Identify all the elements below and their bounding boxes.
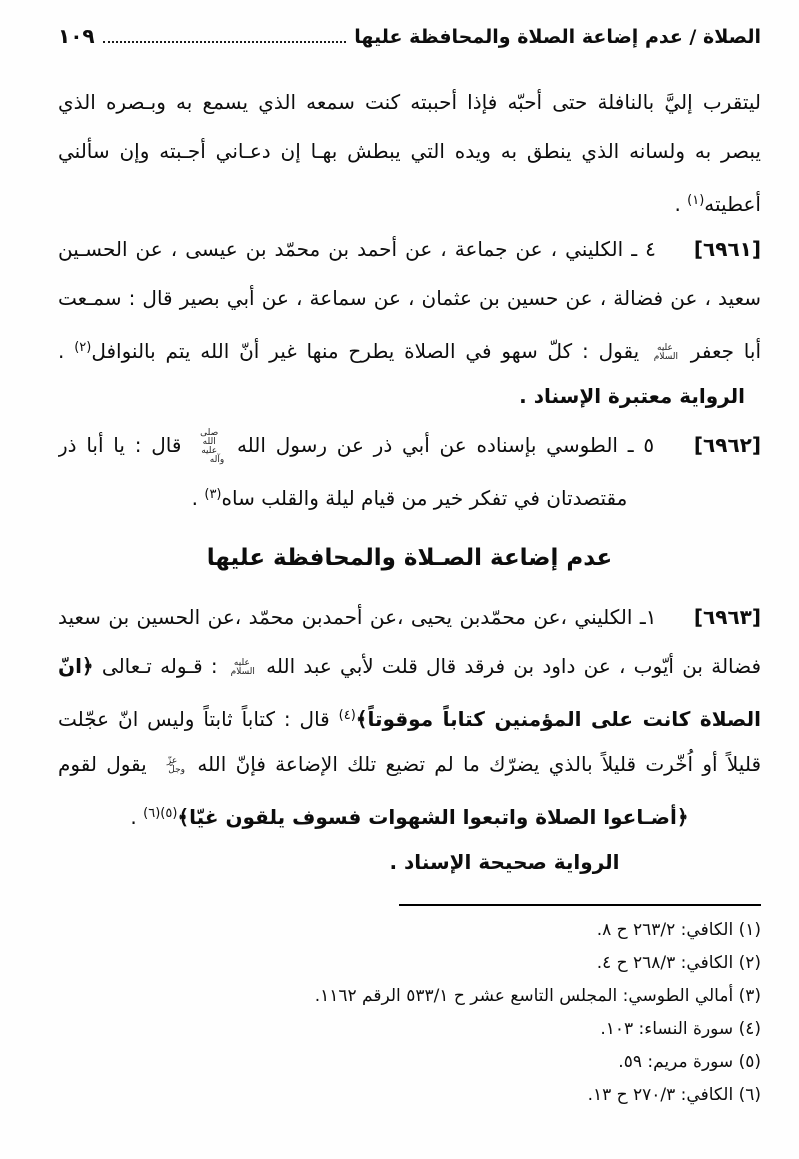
- footnote-marker-2: (٢): [74, 340, 91, 355]
- hadith-number-6962: [٦٩٦٢]: [664, 433, 761, 457]
- honorific-alayhis-salam: عليه السلام: [652, 344, 678, 362]
- quran-quote: الصلاة كانت على المؤمنين كتاباً موقوتاً﴾: [356, 707, 761, 731]
- intro-line-3: أعطيته(١) .: [58, 176, 761, 225]
- intro-line-2: يبصر به ولسانه الذي ينطق به ويده التي يب…: [58, 127, 761, 176]
- text-run: يقول : كلّ سهو في الصلاة يطرح منها غير أ…: [91, 339, 639, 363]
- honorific-azza-wa-jall: عزّ وجلّ: [159, 757, 185, 775]
- quran-quote-open: ﴿انّ: [58, 654, 94, 678]
- period: .: [674, 192, 680, 216]
- running-header-title: الصلاة / عدم إضاعة الصلاة والمحافظة عليه…: [354, 26, 761, 48]
- footnote-marker-1: (١): [687, 193, 704, 208]
- text-run: ليتقرب إليَّ بالنافلة حتى أحبّه فإذا أحب…: [58, 90, 761, 114]
- hadith-6963-line-3: الصلاة كانت على المؤمنين كتاباً موقوتاً﴾…: [58, 691, 761, 740]
- hadith-6963-line-1: [٦٩٦٣] ١ـ الكليني ،عن محمّدبن يحيى ،عن أ…: [58, 593, 761, 642]
- running-header: الصلاة / عدم إضاعة الصلاة والمحافظة عليه…: [58, 18, 761, 48]
- footnote-5: (٥) سورة مريم: ٥٩.: [58, 1046, 761, 1079]
- footnote-3: (٣) أمالي الطوسي: المجلس التاسع عشر ح ٥٣…: [58, 980, 761, 1013]
- footnote-4: (٤) سورة النساء: ١٠٣.: [58, 1013, 761, 1046]
- text-run: يقول لقوم: [58, 752, 147, 776]
- text-run: فضالة بن أيّوب ، عن داود بن فرقد قال قلت…: [266, 654, 761, 678]
- text-run: مقتصدتان في تفكر خير من قيام ليلة والقلب…: [222, 486, 628, 510]
- text-run: قال : كتاباً ثابتاً وليس انّ عجّلت: [58, 707, 330, 731]
- text-run: يبصر به ولسانه الذي ينطق به ويده التي يب…: [58, 139, 761, 163]
- hadith-6961-line-2: سعيد ، عن فضالة ، عن حسين بن عثمان ، عن …: [58, 274, 761, 323]
- footnote-1: (١) الكافي: ٢٦٣/٢ ح ٨.: [58, 914, 761, 947]
- isnad-comment-6963: الرواية صحيحة الإسناد .: [58, 838, 761, 887]
- text-run: ٤ ـ الكليني ، عن جماعة ، عن أحمد بن محمّ…: [58, 237, 761, 274]
- text-run: أعطيته: [704, 192, 761, 216]
- dot-leader: [103, 40, 347, 43]
- hadith-6961-line-3: أبا جعفر عليه السلام يقول : كلّ سهو في ا…: [58, 323, 761, 372]
- honorific-salla-allahu-alayhi-wa-alih: صلى الله عليه وآله: [194, 429, 224, 465]
- footnote-separator: [399, 904, 761, 906]
- text-run: سعيد ، عن فضالة ، عن حسين بن عثمان ، عن …: [58, 286, 761, 310]
- footnote-marker-4: (٤): [339, 708, 356, 723]
- text-run: ١ـ الكليني ،عن محمّدبن يحيى ،عن أحمدبن م…: [58, 605, 761, 642]
- quran-quote: ﴿أضـاعوا الصلاة واتبعوا الشهوات فسوف يلق…: [177, 805, 688, 829]
- hadith-6963-line-5: ﴿أضـاعوا الصلاة واتبعوا الشهوات فسوف يلق…: [58, 789, 761, 838]
- text-run: : قـوله تـعالى: [102, 654, 218, 678]
- hadith-number-6961: [٦٩٦١]: [664, 237, 761, 261]
- hadith-6963-line-4: قليلاً أو اُخّرت قليلاً بالذي يضرّك ما ل…: [58, 740, 761, 789]
- isnad-comment-6961: الرواية معتبرة الإسناد .: [58, 372, 745, 421]
- text-run: أبا جعفر: [691, 339, 761, 363]
- hadith-6962-line-2: مقتصدتان في تفكر خير من قيام ليلة والقلب…: [58, 470, 761, 519]
- footnote-2: (٢) الكافي: ٢٦٨/٣ ح ٤.: [58, 947, 761, 980]
- period: .: [192, 486, 198, 510]
- hadith-6961-line-1: [٦٩٦١] ٤ ـ الكليني ، عن جماعة ، عن أحمد …: [58, 225, 761, 274]
- section-heading: عدم إضاعة الصـلاة والمحافظة عليها: [58, 532, 761, 584]
- page-body: ليتقرب إليَّ بالنافلة حتى أحبّه فإذا أحب…: [58, 78, 761, 887]
- book-page: الصلاة / عدم إضاعة الصلاة والمحافظة عليه…: [0, 0, 799, 1159]
- footnotes-block: (١) الكافي: ٢٦٣/٢ ح ٨. (٢) الكافي: ٢٦٨/٣…: [58, 914, 761, 1112]
- intro-line-1: ليتقرب إليَّ بالنافلة حتى أحبّه فإذا أحب…: [58, 78, 761, 127]
- text-run: قليلاً أو اُخّرت قليلاً بالذي يضرّك ما ل…: [197, 752, 761, 776]
- page-number: ١٠٩: [58, 24, 95, 48]
- text-run: ٥ ـ الطوسي بإسناده عن أبي ذر عن رسول الل…: [237, 433, 654, 457]
- hadith-6963-line-2: فضالة بن أيّوب ، عن داود بن فرقد قال قلت…: [58, 642, 761, 691]
- footnote-6: (٦) الكافي: ٢٧٠/٣ ح ١٣.: [58, 1079, 761, 1112]
- footnote-marker-5-6: (٥)(٦): [143, 806, 177, 821]
- period: .: [58, 339, 64, 363]
- honorific-alayhis-salam: عليه السلام: [229, 659, 255, 677]
- footnote-marker-3: (٣): [204, 487, 221, 502]
- hadith-6962-line-1: [٦٩٦٢] ٥ ـ الطوسي بإسناده عن أبي ذر عن ر…: [58, 421, 761, 470]
- period: .: [130, 805, 136, 829]
- hadith-number-6963: [٦٩٦٣]: [664, 605, 761, 629]
